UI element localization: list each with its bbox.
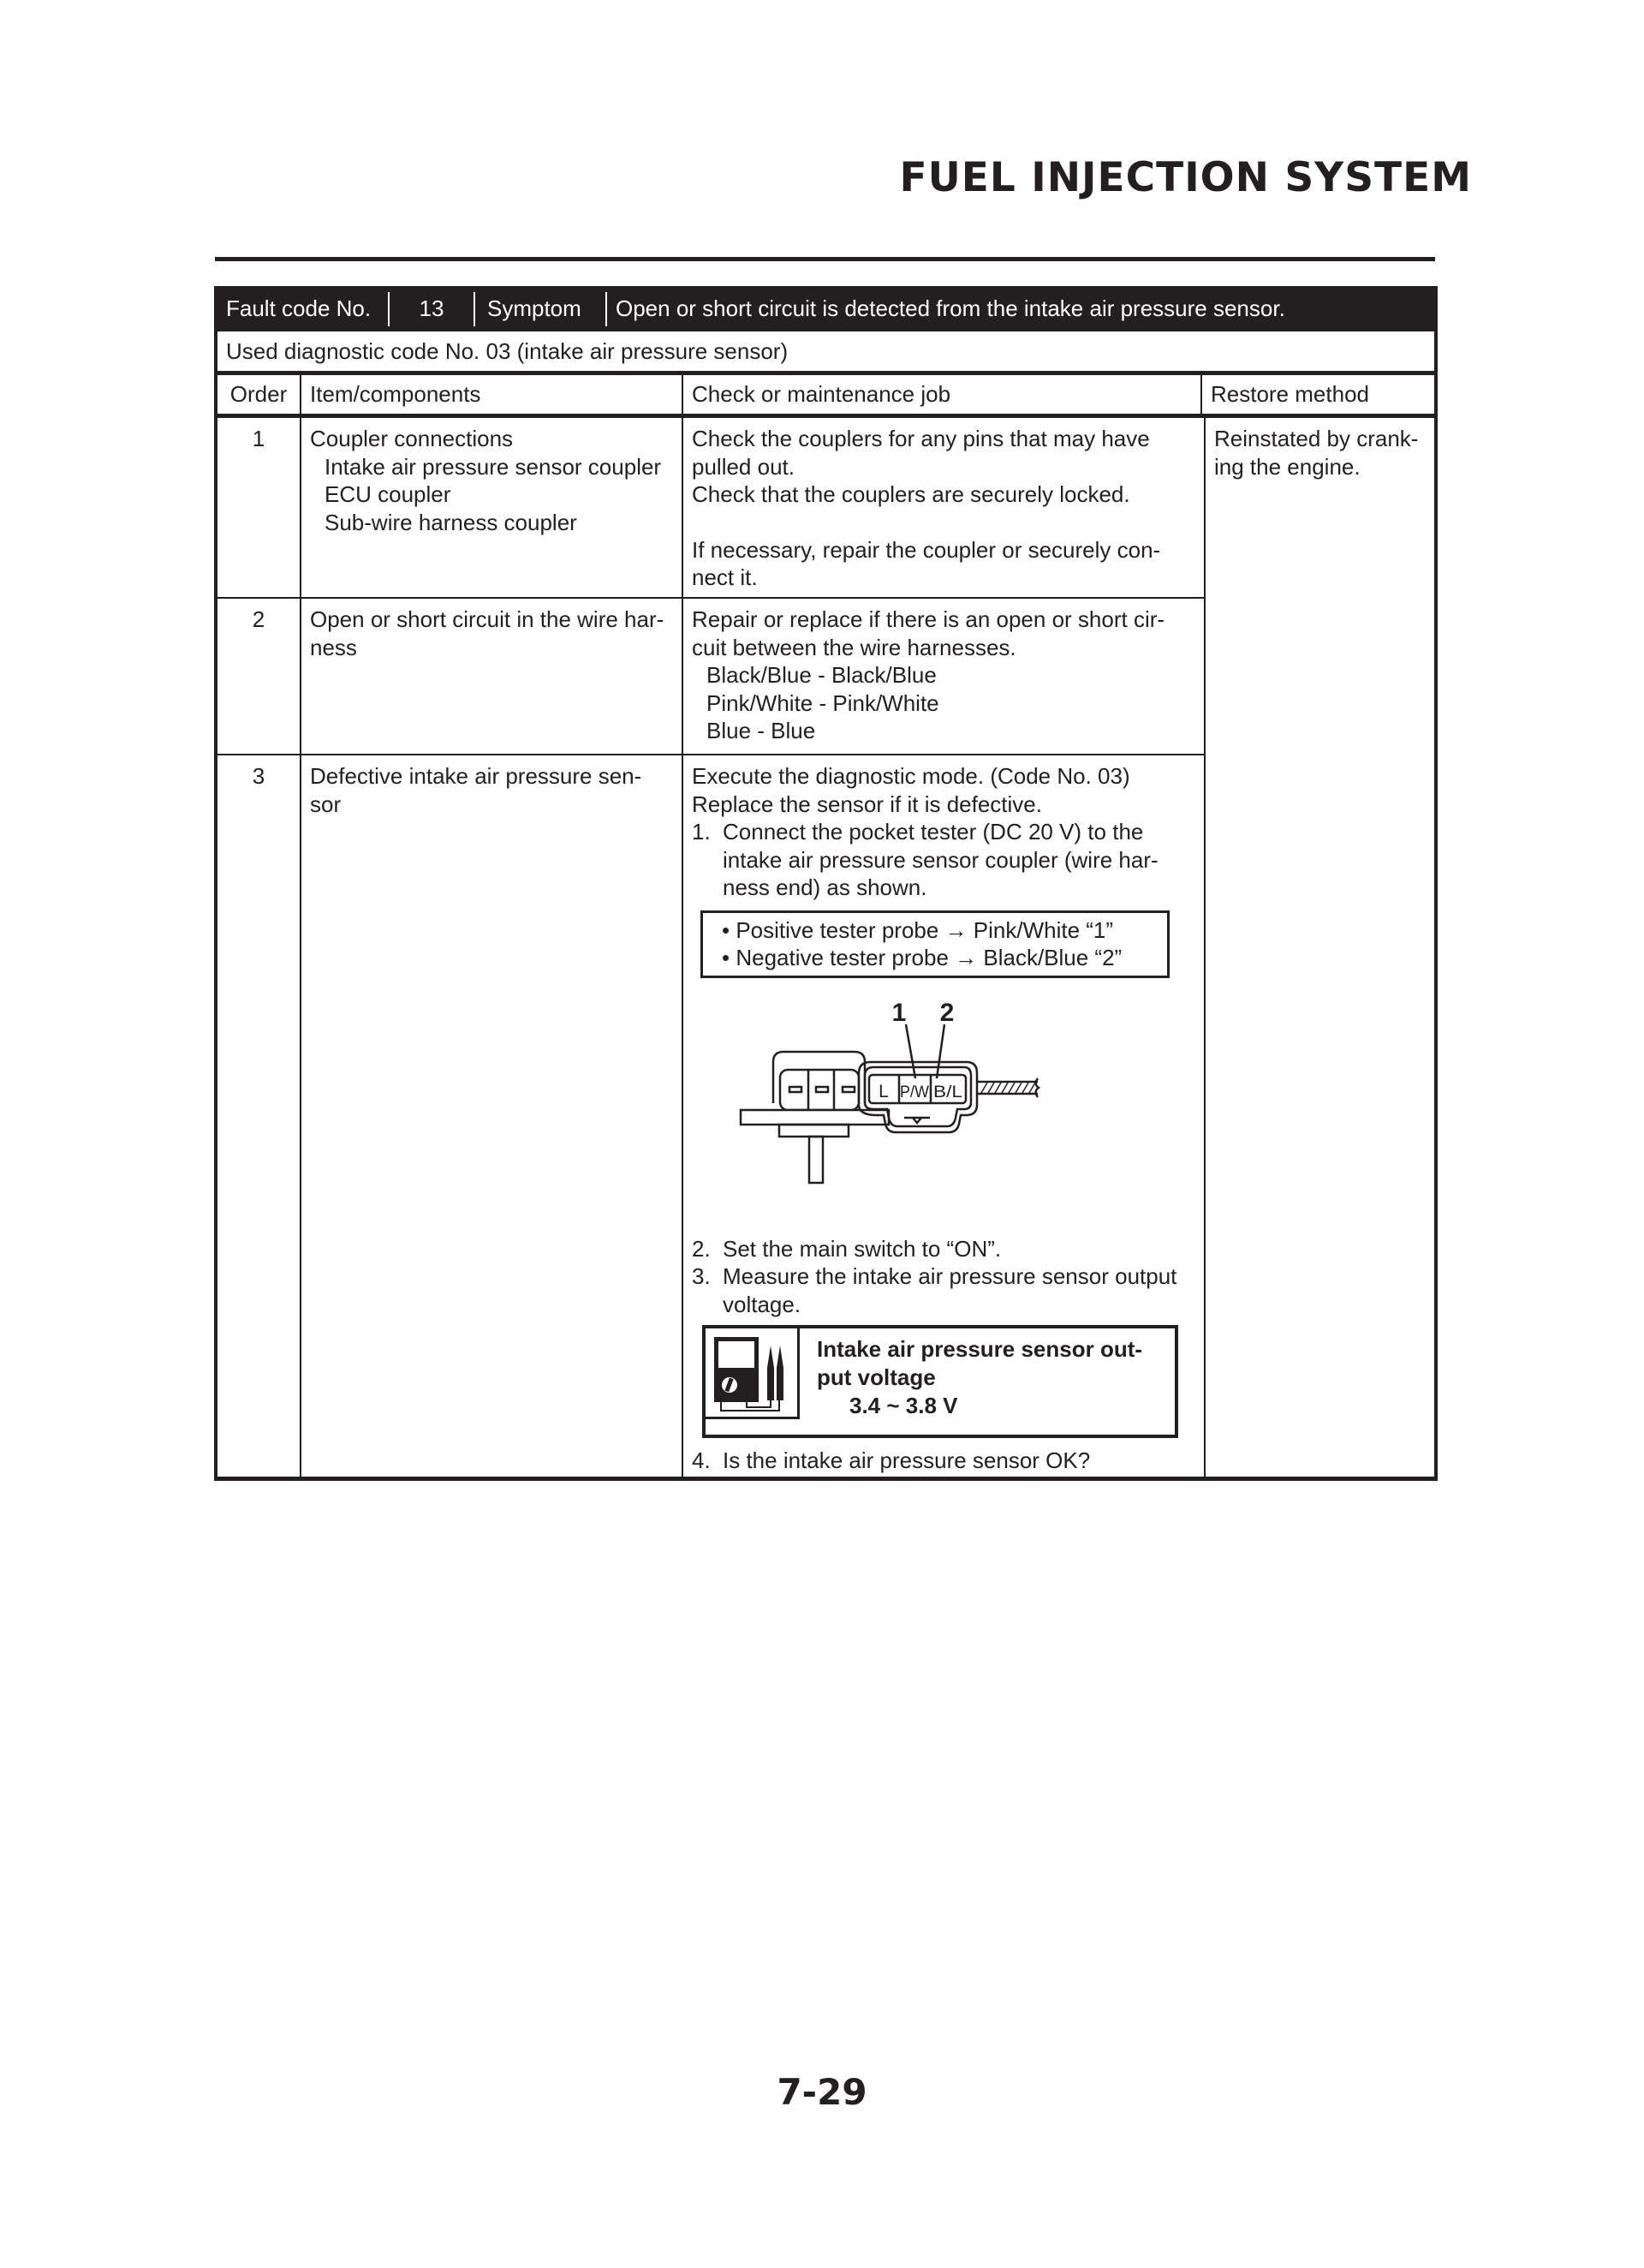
fault-code-value: 13 (390, 286, 474, 331)
symptom-text: Open or short circuit is detected from t… (607, 286, 1438, 331)
check-cell: Check the couplers for any pins that may… (683, 418, 1204, 597)
spec-title-line: put voltage (817, 1364, 1142, 1392)
step-text: Connect the pocket tester (DC 20 V) to t… (723, 818, 1159, 902)
diagnostic-code-text: Used diagnostic code No. 03 (intake air … (226, 338, 788, 365)
column-headers: Order Item/components Check or maintenan… (217, 375, 1434, 418)
step-number: 4. (692, 1447, 723, 1475)
column-header-order: Order (217, 375, 301, 414)
item-cell: Defective intake air pressure sen- sor (301, 755, 683, 1477)
callout-1: 1 (892, 999, 907, 1027)
spec-box: Intake air pressure sensor out- put volt… (702, 1325, 1178, 1438)
fault-table: Fault code No. 13 Symptom Open or short … (214, 286, 1438, 1481)
step-4: 4. Is the intake air pressure sensor OK? (692, 1447, 1195, 1475)
column-header-check: Check or maintenance job (683, 375, 1202, 414)
step-line: intake air pressure sensor coupler (wire… (723, 846, 1159, 874)
coupler-illustration: 1 2 L P/W B/L (692, 987, 1197, 1235)
probe-instructions-box: • Positive tester probe → Pink/White “1”… (700, 910, 1170, 978)
step-list: 4. Is the intake air pressure sensor OK? (692, 1447, 1195, 1475)
item-line: Defective intake air pressure sen- (310, 762, 673, 791)
rows-container: 1 Coupler connections Intake air pressur… (217, 418, 1206, 1477)
check-line: Replace the sensor if it is defective. (692, 791, 1195, 819)
step-list: 2. Set the main switch to “ON”. 3. Measu… (692, 1235, 1195, 1319)
table-row: 1 Coupler connections Intake air pressur… (217, 418, 1204, 599)
order-cell: 2 (217, 599, 301, 754)
check-line: If necessary, repair the coupler or secu… (692, 536, 1195, 564)
check-line: Check the couplers for any pins that may… (692, 425, 1195, 453)
step-text: Is the intake air pressure sensor OK? (723, 1447, 1090, 1475)
step-1: 1. Connect the pocket tester (DC 20 V) t… (692, 818, 1195, 902)
step-text: Measure the intake air pressure sensor o… (723, 1262, 1176, 1318)
step-text: Set the main switch to “ON”. (723, 1235, 1001, 1263)
symptom-label: Symptom (475, 286, 605, 331)
check-line: nect it. (692, 564, 1195, 592)
column-header-restore: Restore method (1202, 375, 1434, 414)
step-line: voltage. (723, 1291, 1176, 1319)
step-number: 1. (692, 818, 723, 902)
multimeter-icon (706, 1328, 800, 1419)
item-cell: Coupler connections Intake air pressure … (301, 418, 683, 597)
positive-probe-instruction: • Positive tester probe → Pink/White “1” (722, 916, 1167, 945)
spec-value: 3.4 ~ 3.8 V (817, 1392, 1142, 1420)
step-3: 3. Measure the intake air pressure senso… (692, 1262, 1195, 1318)
spec-title-line: Intake air pressure sensor out- (817, 1335, 1142, 1364)
step-2: 2. Set the main switch to “ON”. (692, 1235, 1195, 1263)
pin-label-bl: B/L (933, 1083, 962, 1101)
wire-pair: Blue - Blue (692, 717, 1195, 745)
troubleshooting-grid: Order Item/components Check or maintenan… (214, 375, 1438, 1481)
pin-label-pw: P/W (900, 1083, 929, 1101)
check-line: Repair or replace if there is an open or… (692, 606, 1195, 634)
step-number: 3. (692, 1262, 723, 1318)
column-header-item: Item/components (301, 375, 683, 414)
wire-pair: Black/Blue - Black/Blue (692, 661, 1195, 689)
title-rule (215, 257, 1435, 261)
table-row: 2 Open or short circuit in the wire har-… (217, 599, 1204, 755)
step-line: Connect the pocket tester (DC 20 V) to t… (723, 818, 1159, 846)
check-line: Check that the couplers are securely loc… (692, 480, 1195, 509)
table-row: 3 Defective intake air pressure sen- sor… (217, 755, 1204, 1477)
step-line: ness end) as shown. (723, 874, 1159, 902)
step-line: Measure the intake air pressure sensor o… (723, 1262, 1176, 1291)
step-number: 2. (692, 1235, 723, 1263)
check-cell: Execute the diagnostic mode. (Code No. 0… (683, 755, 1204, 1477)
item-line: sor (310, 791, 673, 819)
check-line: Execute the diagnostic mode. (Code No. 0… (692, 762, 1195, 791)
wire-pair: Pink/White - Pink/White (692, 689, 1195, 718)
callout-2: 2 (940, 999, 955, 1027)
step-list: 1. Connect the pocket tester (DC 20 V) t… (692, 818, 1195, 902)
pin-label-l: L (879, 1082, 889, 1101)
restore-line: ing the engine. (1214, 453, 1426, 481)
order-cell: 3 (217, 755, 301, 1477)
item-line: Open or short circuit in the wire har- (310, 606, 673, 634)
page-number: 7-29 (0, 2071, 1644, 2113)
fault-code-label: Fault code No. (214, 286, 388, 331)
item-sub-line: Sub-wire harness coupler (310, 509, 673, 537)
diagnostic-code-row: Used diagnostic code No. 03 (intake air … (214, 331, 1438, 375)
negative-probe-instruction: • Negative tester probe → Black/Blue “2” (722, 944, 1167, 972)
item-cell: Open or short circuit in the wire har- n… (301, 599, 683, 754)
restore-method-cell: Reinstated by crank- ing the engine. (1206, 418, 1434, 1477)
coupler-diagram: 1 2 L P/W B/L (692, 987, 1195, 1235)
sensor-housing (773, 1052, 865, 1103)
item-line: Coupler connections (310, 425, 673, 453)
item-line: ness (310, 634, 673, 662)
check-line: cuit between the wire harnesses. (692, 634, 1195, 662)
table-body: 1 Coupler connections Intake air pressur… (217, 418, 1434, 1477)
check-line: pulled out. (692, 453, 1195, 481)
order-cell: 1 (217, 418, 301, 597)
spec-text: Intake air pressure sensor out- put volt… (817, 1335, 1142, 1420)
restore-line: Reinstated by crank- (1214, 425, 1426, 453)
item-sub-line: Intake air pressure sensor coupler (310, 453, 673, 481)
section-title: FUEL INJECTION SYSTEM (900, 158, 1472, 198)
fault-header-bar: Fault code No. 13 Symptom Open or short … (214, 286, 1438, 331)
item-sub-line: ECU coupler (310, 480, 673, 509)
check-cell: Repair or replace if there is an open or… (683, 599, 1204, 754)
